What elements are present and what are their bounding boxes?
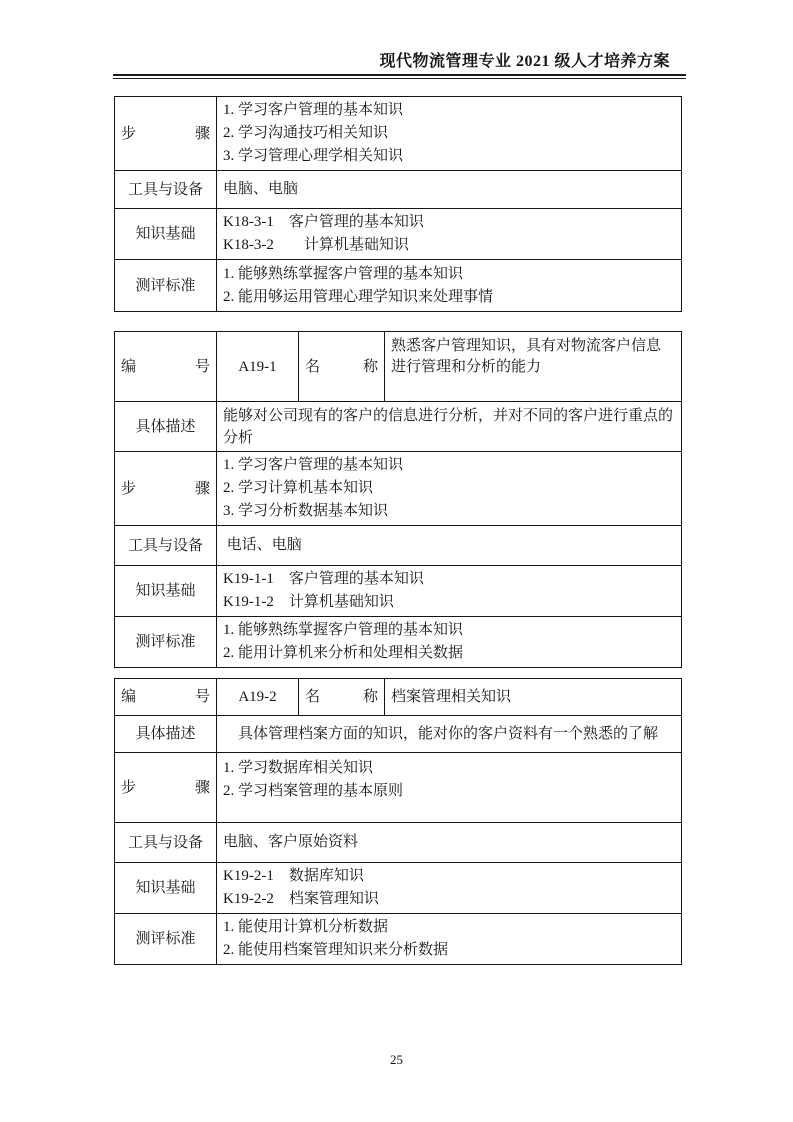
- id-value: A19-1: [217, 332, 299, 402]
- text-line: 1. 学习数据库相关知识: [223, 757, 675, 780]
- text-line: 1. 能够熟练掌握客户管理的基本知识: [223, 619, 675, 642]
- text-line: K19-1-1 客户管理的基本知识: [223, 568, 675, 591]
- knowledge-value: K19-1-1 客户管理的基本知识 K19-1-2 计算机基础知识: [217, 566, 682, 617]
- label-text: 测评标准: [121, 276, 210, 296]
- criteria-value: 1. 能够熟练掌握客户管理的基本知识 2. 能用计算机来分析和处理相关数据: [217, 617, 682, 668]
- text-line: 2. 学习计算机基本知识: [223, 477, 675, 500]
- name-value: 熟悉客户管理知识，具有对物流客户信息进行管理和分析的能力: [385, 332, 682, 402]
- row-label-steps: 步骤: [115, 97, 217, 171]
- row-label-name: 名称: [299, 332, 385, 402]
- steps-value: 1. 学习客户管理的基本知识 2. 学习计算机基本知识 3. 学习分析数据基本知…: [217, 452, 682, 526]
- text-line: 电话、电脑: [223, 534, 675, 557]
- text-line: K18-3-1 客户管理的基本知识: [223, 211, 675, 234]
- row-label-description: 具体描述: [115, 402, 217, 452]
- text-line: K19-2-2 档案管理知识: [223, 888, 675, 911]
- criteria-value: 1. 能够熟练掌握客户管理的基本知识 2. 能用够运用管理心理学知识来处理事情: [217, 260, 682, 312]
- text-line: 档案管理相关知识: [391, 686, 675, 709]
- label-text: 编号: [121, 357, 210, 377]
- knowledge-value: K18-3-1 客户管理的基本知识 K18-3-2 计算机基础知识: [217, 209, 682, 260]
- label-text: 步骤: [121, 124, 210, 144]
- description-value: 具体管理档案方面的知识，能对你的客户资料有一个熟悉的了解: [217, 716, 682, 753]
- row-label-knowledge: 知识基础: [115, 863, 217, 914]
- label-text: 编号: [121, 687, 210, 707]
- label-text: 知识基础: [121, 224, 210, 244]
- text-line: 2. 能使用档案管理知识来分析数据: [223, 939, 675, 962]
- row-label-knowledge: 知识基础: [115, 209, 217, 260]
- page-number: 25: [0, 1052, 793, 1068]
- row-label-tools: 工具与设备: [115, 526, 217, 566]
- text-line: 电脑、电脑: [223, 178, 675, 201]
- row-label-knowledge: 知识基础: [115, 566, 217, 617]
- text-line: 2. 学习沟通技巧相关知识: [223, 122, 675, 145]
- row-label-tools: 工具与设备: [115, 823, 217, 863]
- header-rule: [113, 74, 686, 79]
- row-label-steps: 步骤: [115, 753, 217, 823]
- steps-value: 1. 学习客户管理的基本知识 2. 学习沟通技巧相关知识 3. 学习管理心理学相…: [217, 97, 682, 171]
- label-text: 测评标准: [121, 929, 210, 949]
- label-text: 工具与设备: [121, 833, 210, 853]
- page-header-title: 现代物流管理专业 2021 级人才培养方案: [113, 52, 686, 72]
- text-line: K19-1-2 计算机基础知识: [223, 591, 675, 614]
- label-text: 名称: [305, 357, 378, 377]
- criteria-value: 1. 能使用计算机分析数据 2. 能使用档案管理知识来分析数据: [217, 914, 682, 965]
- text-line: 2. 能用够运用管理心理学知识来处理事情: [223, 286, 675, 309]
- row-label-id: 编号: [115, 679, 217, 716]
- text-line: 1. 能够熟练掌握客户管理的基本知识: [223, 263, 675, 286]
- text-line: 熟悉客户管理知识，具有对物流客户信息进行管理和分析的能力: [391, 336, 675, 378]
- name-value: 档案管理相关知识: [385, 679, 682, 716]
- table-k18-3: 步骤 1. 学习客户管理的基本知识 2. 学习沟通技巧相关知识 3. 学习管理心…: [114, 96, 682, 312]
- text-line: K19-2-1 数据库知识: [223, 865, 675, 888]
- id-value: A19-2: [217, 679, 299, 716]
- table-a19-2: 编号 A19-2 名称 档案管理相关知识 具体描述 具体管理档案方面的知识，能对…: [114, 678, 682, 965]
- document-page: 现代物流管理专业 2021 级人才培养方案 步骤 1. 学习客户管理的基本知识 …: [0, 0, 793, 1122]
- label-text: 工具与设备: [121, 180, 210, 200]
- text-line: 1. 学习客户管理的基本知识: [223, 99, 675, 122]
- text-line: A19-2: [223, 687, 292, 707]
- text-line: 具体管理档案方面的知识，能对你的客户资料有一个熟悉的了解: [223, 723, 675, 746]
- row-label-tools: 工具与设备: [115, 171, 217, 209]
- text-line: 3. 学习管理心理学相关知识: [223, 145, 675, 168]
- tools-value: 电话、电脑: [217, 526, 682, 566]
- description-value: 能够对公司现有的客户的信息进行分析，并对不同的客户进行重点的分析: [217, 402, 682, 452]
- knowledge-value: K19-2-1 数据库知识 K19-2-2 档案管理知识: [217, 863, 682, 914]
- label-text: 工具与设备: [121, 536, 210, 556]
- label-text: 知识基础: [121, 878, 210, 898]
- row-label-criteria: 测评标准: [115, 617, 217, 668]
- row-label-steps: 步骤: [115, 452, 217, 526]
- row-label-criteria: 测评标准: [115, 260, 217, 312]
- text-line: 1. 能使用计算机分析数据: [223, 916, 675, 939]
- text-line: 电脑、客户原始资料: [223, 831, 675, 854]
- label-text: 知识基础: [121, 581, 210, 601]
- row-label-description: 具体描述: [115, 716, 217, 753]
- label-text: 名称: [305, 687, 378, 707]
- label-text: 步骤: [121, 778, 210, 798]
- text-line: 2. 能用计算机来分析和处理相关数据: [223, 642, 675, 665]
- text-line: 2. 学习档案管理的基本原则: [223, 780, 675, 803]
- row-label-name: 名称: [299, 679, 385, 716]
- label-text: 测评标准: [121, 632, 210, 652]
- text-line: A19-1: [223, 357, 292, 377]
- tools-value: 电脑、客户原始资料: [217, 823, 682, 863]
- table-a19-1: 编号 A19-1 名称 熟悉客户管理知识，具有对物流客户信息进行管理和分析的能力…: [114, 331, 682, 668]
- row-label-criteria: 测评标准: [115, 914, 217, 965]
- steps-value: 1. 学习数据库相关知识 2. 学习档案管理的基本原则: [217, 753, 682, 823]
- text-line: 1. 学习客户管理的基本知识: [223, 454, 675, 477]
- text-line: K18-3-2 计算机基础知识: [223, 234, 675, 257]
- text-line: 3. 学习分析数据基本知识: [223, 500, 675, 523]
- label-text: 具体描述: [121, 724, 210, 744]
- label-text: 具体描述: [121, 417, 210, 437]
- row-label-id: 编号: [115, 332, 217, 402]
- label-text: 步骤: [121, 479, 210, 499]
- tools-value: 电脑、电脑: [217, 171, 682, 209]
- text-line: 能够对公司现有的客户的信息进行分析，并对不同的客户进行重点的分析: [223, 405, 675, 449]
